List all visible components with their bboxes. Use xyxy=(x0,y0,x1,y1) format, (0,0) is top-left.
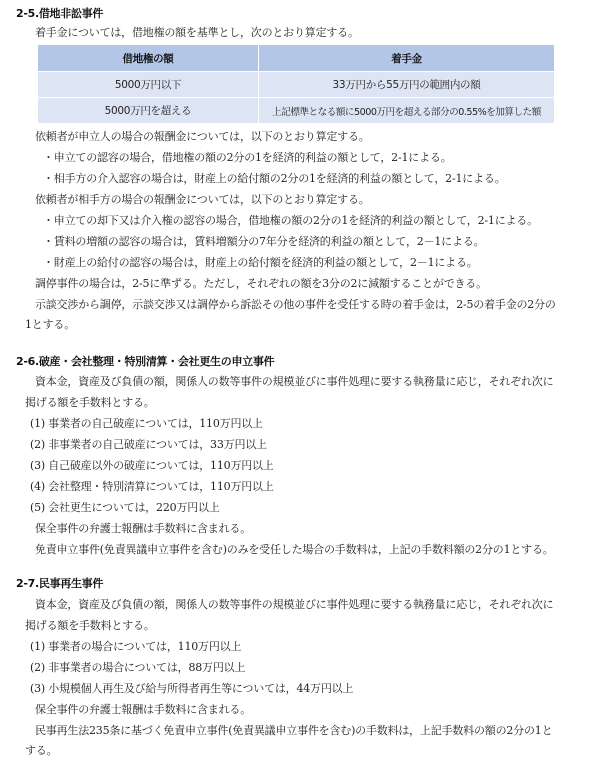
section-heading-2-6: 2-6.破産・会社整理・特別清算・会社更生の申立事件 xyxy=(16,354,274,370)
bullet-line: ・相手方の介入認容の場合は，財産上の給付額の2分の1を経済的利益の額として，2-… xyxy=(43,171,506,187)
list-item: (1) 事業者の自己破産については，110万円以上 xyxy=(30,416,263,432)
paragraph-line: 資本金，資産及び負債の額，関係人の数等事件の規模並びに事件処理に要する執務量に応… xyxy=(35,597,553,613)
table-cell: 上記標準となる額に5000万円を超える部分の0.55%を加算した額 xyxy=(259,98,555,124)
list-item: (4) 会社整理・特別清算については，110万円以上 xyxy=(30,479,274,495)
column-header-leasehold-amount: 借地権の額 xyxy=(38,45,259,72)
paragraph-line: 掲げる額を手数料とする。 xyxy=(25,395,155,411)
list-item: (2) 非事業者の場合については，88万円以上 xyxy=(30,660,245,676)
bullet-line: ・申立ての却下又は介入権の認容の場合，借地権の額の2分の1を経済的利益の額として… xyxy=(43,213,538,229)
section-heading-2-7: 2-7.民事再生事件 xyxy=(16,576,103,592)
list-item: (3) 自己破産以外の破産については，110万円以上 xyxy=(30,458,274,474)
table-header-row: 借地権の額 着手金 xyxy=(38,45,555,72)
paragraph-line: 示談交渉から調停，示談交渉又は調停から訴訟その他の事件を受任する時の着手金は，2… xyxy=(35,297,556,313)
paragraph-line: 免責申立事件(免責異議申立事件を含む)のみを受任した場合の手数料は，上記の手数料… xyxy=(35,542,554,558)
paragraph-line: 1とする。 xyxy=(25,317,75,333)
table-cell: 5000万円を超える xyxy=(38,98,259,124)
bullet-line: ・財産上の給付の認容の場合は，財産上の給付額を経済的利益の額として，2－1による… xyxy=(43,255,478,271)
table-cell: 33万円から55万円の範囲内の額 xyxy=(259,72,555,98)
list-item: (2) 非事業者の自己破産については，33万円以上 xyxy=(30,437,267,453)
paragraph-line: する。 xyxy=(25,743,57,759)
list-item: (5) 会社更生については，220万円以上 xyxy=(30,500,220,516)
section-heading-2-5: 2-5.借地非訟事件 xyxy=(16,6,103,22)
list-item: (3) 小規模個人再生及び給与所得者再生等については，44万円以上 xyxy=(30,681,353,697)
paragraph-line: 依頼者が申立人の場合の報酬金については，以下のとおり算定する。 xyxy=(35,129,370,145)
paragraph-line: 掲げる額を手数料とする。 xyxy=(25,618,155,634)
table-row: 5000万円を超える 上記標準となる額に5000万円を超える部分の0.55%を加… xyxy=(38,98,555,124)
paragraph-line: 依頼者が相手方の場合の報酬金については，以下のとおり算定する。 xyxy=(35,192,370,208)
list-item: (1) 事業者の場合については，110万円以上 xyxy=(30,639,241,655)
bullet-line: ・賃料の増額の認容の場合は，賃料増額分の7年分を経済的利益の額として，2－1によ… xyxy=(43,234,484,250)
paragraph-line: 調停事件の場合は，2-5に準ずる。ただし，それぞれの額を3分の2に減額することが… xyxy=(35,276,487,292)
section-intro: 着手金については，借地権の額を基準とし，次のとおり算定する。 xyxy=(35,25,359,41)
paragraph-line: 保全事件の弁護士報酬は手数料に含まれる。 xyxy=(35,702,251,718)
paragraph-line: 資本金，資産及び負債の額，関係人の数等事件の規模並びに事件処理に要する執務量に応… xyxy=(35,374,553,390)
paragraph-line: 保全事件の弁護士報酬は手数料に含まれる。 xyxy=(35,521,251,537)
table-row: 5000万円以下 33万円から55万円の範囲内の額 xyxy=(38,72,555,98)
fee-table: 借地権の額 着手金 5000万円以下 33万円から55万円の範囲内の額 5000… xyxy=(37,44,555,124)
table-cell: 5000万円以下 xyxy=(38,72,259,98)
bullet-line: ・申立ての認容の場合，借地権の額の2分の1を経済的利益の額として，2-1による。 xyxy=(43,150,452,166)
column-header-retainer: 着手金 xyxy=(259,45,555,72)
paragraph-line: 民事再生法235条に基づく免責申立事件(免責異議申立事件を含む)の手数料は，上記… xyxy=(35,723,552,739)
